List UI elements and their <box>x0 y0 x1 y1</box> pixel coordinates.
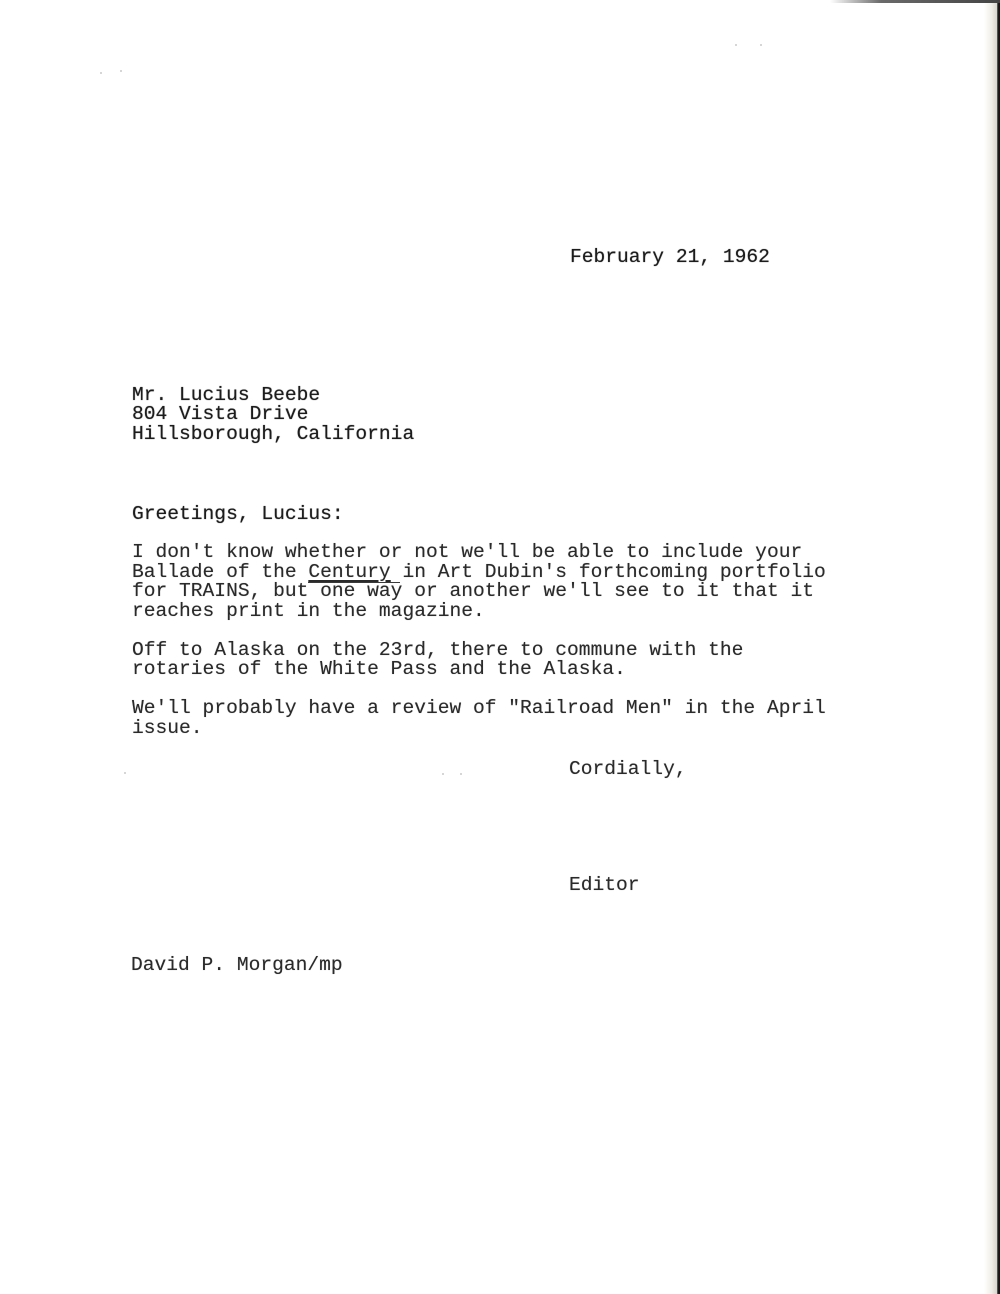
signer-title: Editor <box>569 876 640 896</box>
recipient-street: 804 Vista Drive <box>132 405 308 425</box>
salutation: Greetings, Lucius: <box>132 505 344 525</box>
paragraph-line: rotaries of the White Pass and the Alask… <box>132 660 626 680</box>
overlined-text: one way <box>308 580 402 602</box>
text-segment: or another we'll see to it that it <box>402 580 814 602</box>
paragraph-line: issue. <box>132 719 203 739</box>
page-edge-shadow <box>984 0 1000 1294</box>
letter-page: February 21, 1962 Mr. Lucius Beebe 804 V… <box>0 0 1000 1294</box>
scan-speck <box>100 72 102 74</box>
scan-speck <box>124 772 126 774</box>
paragraph-line: We'll probably have a review of "Railroa… <box>132 699 826 719</box>
text-segment: for TRAINS, but <box>132 580 308 602</box>
paragraph-line: I don't know whether or not we'll be abl… <box>132 543 802 563</box>
scan-speck <box>460 773 462 775</box>
page-top-edge <box>830 0 1000 3</box>
paragraph-line: for TRAINS, but one way or another we'll… <box>132 582 814 602</box>
paragraph-line: reaches print in the magazine. <box>132 602 485 622</box>
scan-speck <box>442 773 444 775</box>
scan-speck <box>120 70 122 72</box>
scan-speck <box>760 44 762 46</box>
recipient-city: Hillsborough, California <box>132 425 414 445</box>
scan-speck <box>735 44 737 46</box>
closing: Cordially, <box>569 760 687 780</box>
signature-block: David P. Morgan/mp <box>131 956 343 976</box>
letter-date: February 21, 1962 <box>570 248 770 268</box>
